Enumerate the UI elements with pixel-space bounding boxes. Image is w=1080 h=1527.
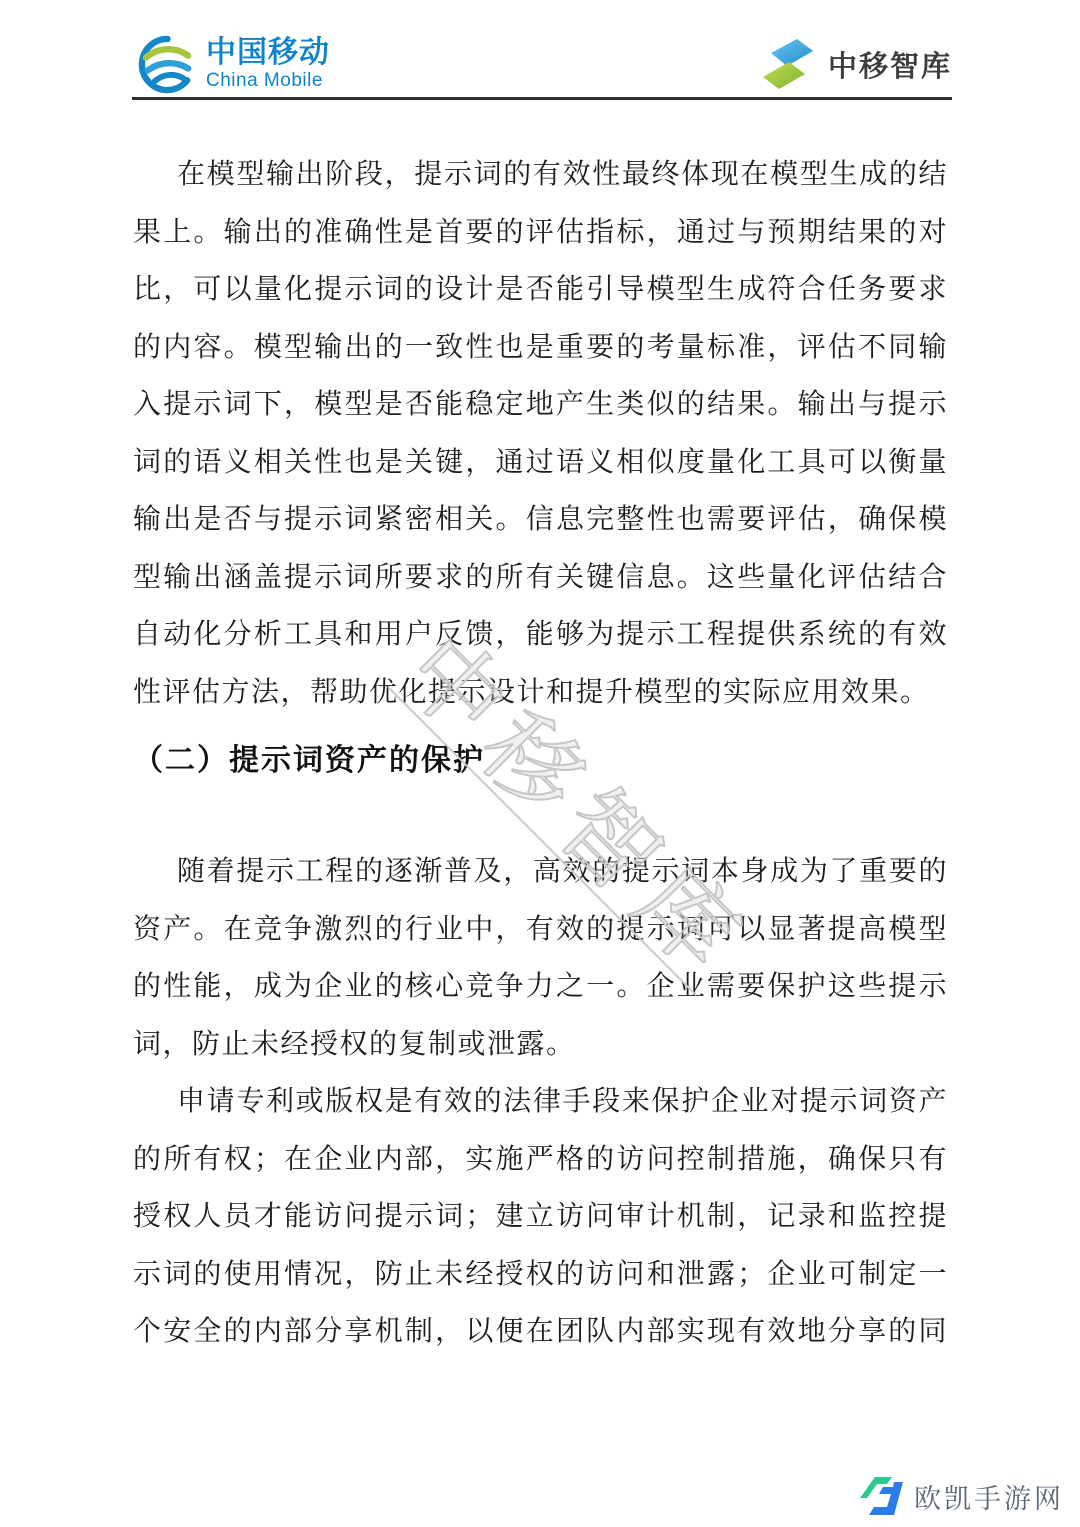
china-mobile-wordmark: 中国移动 China Mobile	[206, 38, 330, 90]
china-mobile-globe-icon	[138, 35, 197, 94]
site-logo-icon	[858, 1475, 904, 1517]
paragraph-prompt-asset-intro: 随着提示工程的逐渐普及，高效的提示词本身成为了重要的资产。在竞争激烈的行业中，有…	[133, 843, 948, 1073]
page-header: 中国移动 China Mobile 中移智库	[0, 0, 1080, 95]
think-tank-name: 中移智库	[828, 44, 952, 85]
china-mobile-name-cn: 中国移动	[206, 38, 330, 68]
document-body: 在模型输出阶段，提示词的有效性最终体现在模型生成的结果上。输出的准确性是首要的评…	[0, 100, 1080, 1361]
site-watermark: 欧凯手游网	[858, 1475, 1064, 1517]
think-tank-logo: 中移智库	[759, 36, 952, 92]
section-heading: （二）提示词资产的保护	[133, 739, 948, 783]
site-name: 欧凯手游网	[914, 1477, 1064, 1516]
paragraph-prompt-asset-protection: 申请专利或版权是有效的法律手段来保护企业对提示词资产的所有权；在企业内部，实施严…	[133, 1073, 948, 1361]
document-page: 中国移动 China Mobile 中移智库 在模型输出	[0, 0, 1080, 1527]
paragraph-model-output-evaluation: 在模型输出阶段，提示词的有效性最终体现在模型生成的结果上。输出的准确性是首要的评…	[133, 146, 948, 721]
china-mobile-name-en: China Mobile	[206, 71, 330, 90]
think-tank-icon	[759, 36, 817, 92]
china-mobile-logo: 中国移动 China Mobile	[138, 35, 330, 94]
